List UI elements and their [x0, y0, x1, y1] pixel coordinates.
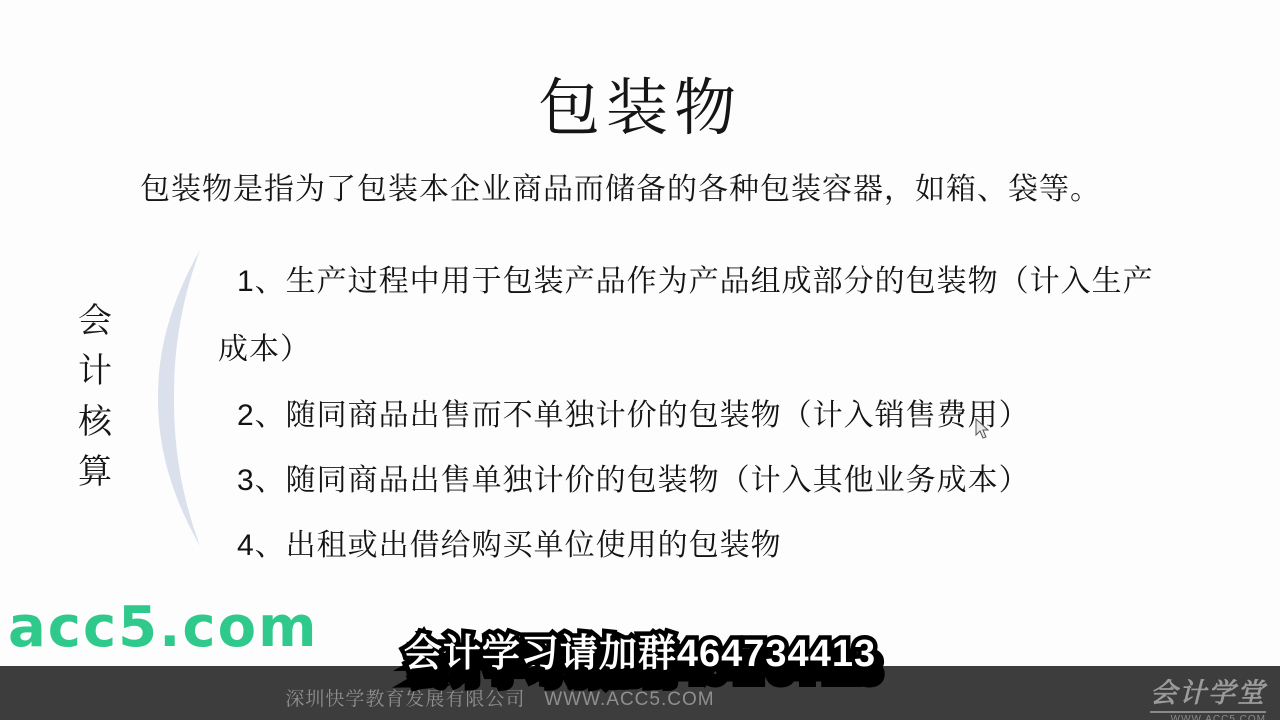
company-credit: 深圳快学教育发展有限公司 WWW.ACC5.COM [0, 684, 1000, 711]
accounting-school-logo: 会计学堂 WWW.ACC5.COM [1150, 671, 1266, 720]
list-item-2: 2、随同商品出售而不单独计价的包装物（计入销售费用） [237, 390, 1030, 434]
list-item-4: 4、出租或出借给购买单位使用的包装物 [237, 520, 782, 564]
list-item-1: 1、生产过程中用于包装产品作为产品组成部分的包装物（计入生产 [237, 256, 1154, 300]
logo-title: 会计学堂 [1150, 671, 1266, 713]
logo-site-url: WWW.ACC5.COM [1150, 714, 1266, 720]
mouse-cursor-icon [975, 418, 989, 440]
acc5-watermark: acc5.com [8, 595, 318, 660]
slide: 包装物 包装物是指为了包装本企业商品而储备的各种包装容器，如箱、袋等。 会 计 … [0, 0, 1280, 720]
list-item-1-continuation: 成本） [218, 324, 311, 368]
bullet-list: 1、生产过程中用于包装产品作为产品组成部分的包装物（计入生产 成本） 2、随同商… [0, 0, 1280, 600]
list-item-3: 3、随同商品出售单独计价的包装物（计入其他业务成本） [237, 455, 1030, 499]
